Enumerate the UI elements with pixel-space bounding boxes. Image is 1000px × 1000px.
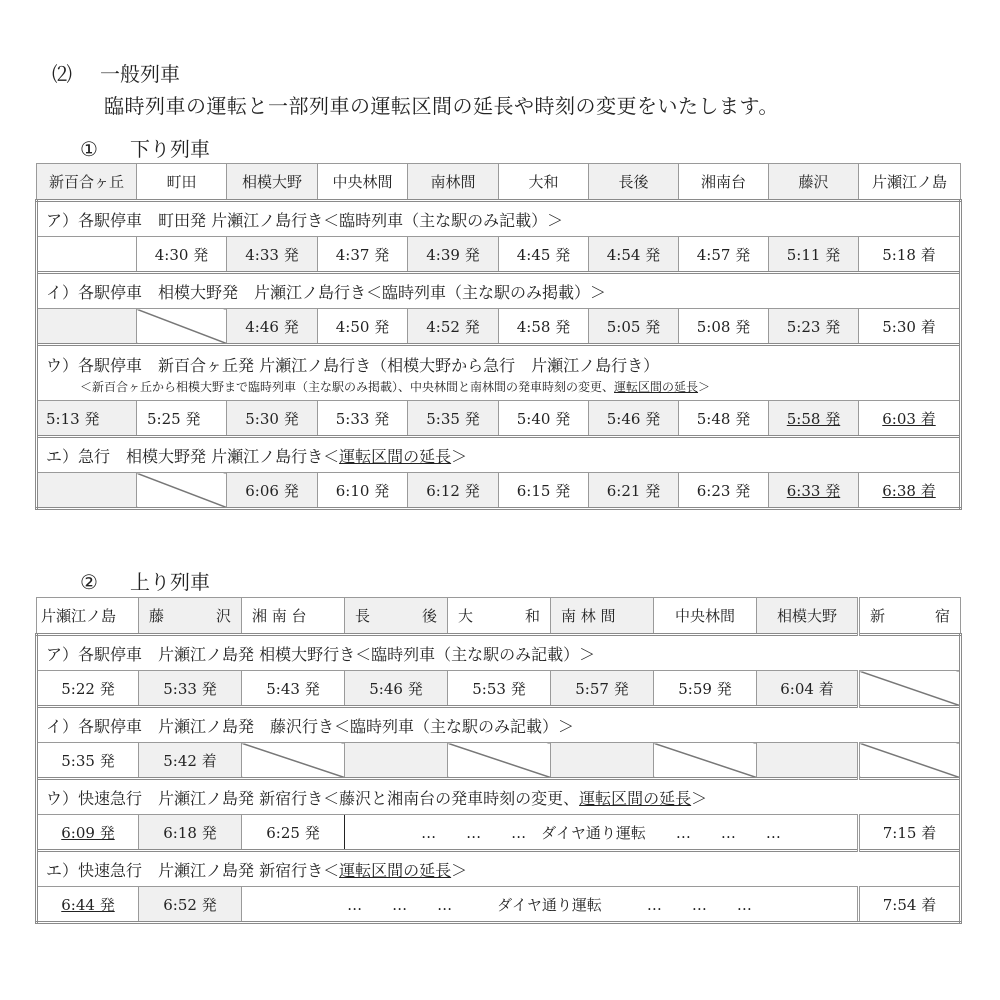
time-cell: 4:58 発 — [499, 309, 589, 345]
time-cell: 5:57 発 — [551, 671, 654, 707]
station-header: 藤沢 — [139, 598, 242, 635]
time-cell: 4:39 発 — [408, 237, 499, 273]
station-header: 南 林 間 — [551, 598, 654, 635]
station-header: 大和 — [499, 164, 589, 201]
train-note-row: ＜新百合ヶ丘から相模大野まで臨時列車（主な駅のみ掲載）、中央林間と南林間の発車時… — [37, 378, 961, 401]
time-cell: 4:50 発 — [318, 309, 408, 345]
station-header: 南林間 — [408, 164, 499, 201]
time-cell: 6:33 発 — [769, 473, 859, 509]
train-label-row: エ）快速急行 片瀬江ノ島発 新宿行き＜運転区間の延長＞ — [37, 851, 961, 887]
time-cell: 5:11 発 — [769, 237, 859, 273]
time-cell: 6:38 着 — [859, 473, 961, 509]
train-times-row: 6:44 発 6:52 発 … … … ダイヤ通り運転 … … … 7:54 着 — [37, 887, 961, 923]
time-cell: 5:35 発 — [37, 743, 139, 779]
station-header: 長後 — [589, 164, 679, 201]
train-times-row: 5:13 発 5:25 発 5:30 発 5:33 発 5:35 発 5:40 … — [37, 401, 961, 437]
down-station-header: 新百合ヶ丘 町田 相模大野 中央林間 南林間 大和 長後 湘南台 藤沢 片瀬江ノ… — [37, 164, 961, 201]
train-label-row: エ）急行 相模大野発 片瀬江ノ島行き＜運転区間の延長＞ — [37, 437, 961, 473]
no-service-cell — [345, 743, 448, 779]
time-cell: 5:46 発 — [345, 671, 448, 707]
train-label: ウ）快速急行 片瀬江ノ島発 新宿行き＜藤沢と湘南台の発車時刻の変更、運転区間の延… — [37, 779, 961, 815]
time-cell: 5:33 発 — [318, 401, 408, 437]
time-cell: 6:15 発 — [499, 473, 589, 509]
station-header: 長後 — [345, 598, 448, 635]
train-label-row: ウ）快速急行 片瀬江ノ島発 新宿行き＜藤沢と湘南台の発車時刻の変更、運転区間の延… — [37, 779, 961, 815]
no-service-cell — [448, 743, 551, 779]
time-cell: 5:22 発 — [37, 671, 139, 707]
time-cell: 5:48 発 — [679, 401, 769, 437]
train-times-row: 5:22 発 5:33 発 5:43 発 5:46 発 5:53 発 5:57 … — [37, 671, 961, 707]
no-service-cell — [137, 309, 227, 345]
no-service-cell — [757, 743, 859, 779]
time-cell: 5:18 着 — [859, 237, 961, 273]
time-cell: 5:58 発 — [769, 401, 859, 437]
time-cell: 6:18 発 — [139, 815, 242, 851]
time-cell: 5:59 発 — [654, 671, 757, 707]
time-cell: 5:23 発 — [769, 309, 859, 345]
down-timetable: 新百合ヶ丘 町田 相模大野 中央林間 南林間 大和 長後 湘南台 藤沢 片瀬江ノ… — [35, 163, 962, 510]
station-header: 中央林間 — [654, 598, 757, 635]
time-cell: 5:30 着 — [859, 309, 961, 345]
time-cell: 6:23 発 — [679, 473, 769, 509]
station-header: 湘南台 — [679, 164, 769, 201]
no-service-cell — [37, 309, 137, 345]
train-times-row: 6:06 発 6:10 発 6:12 発 6:15 発 6:21 発 6:23 … — [37, 473, 961, 509]
train-label-row: ウ）各駅停車 新百合ヶ丘発 片瀬江ノ島行き（相模大野から急行 片瀬江ノ島行き） — [37, 345, 961, 379]
station-header: 新百合ヶ丘 — [37, 164, 137, 201]
station-header: 湘 南 台 — [242, 598, 345, 635]
train-label-row: ア）各駅停車 町田発 片瀬江ノ島行き＜臨時列車（主な駅のみ記載）＞ — [37, 201, 961, 237]
time-cell: 6:04 着 — [757, 671, 859, 707]
train-note: ＜新百合ヶ丘から相模大野まで臨時列車（主な駅のみ掲載）、中央林間と南林間の発車時… — [37, 378, 961, 401]
time-cell: 5:53 発 — [448, 671, 551, 707]
train-times-row: 4:30 発 4:33 発 4:37 発 4:39 発 4:45 発 4:54 … — [37, 237, 961, 273]
time-cell: 5:30 発 — [227, 401, 318, 437]
train-label: ア）各駅停車 片瀬江ノ島発 相模大野行き＜臨時列車（主な駅のみ記載）＞ — [37, 635, 961, 671]
station-header: 大和 — [448, 598, 551, 635]
down-trains-heading: ①下り列車 — [80, 133, 210, 162]
up-title: 上り列車 — [130, 570, 210, 594]
time-cell: 6:52 発 — [139, 887, 242, 923]
no-service-cell — [37, 473, 137, 509]
time-cell — [37, 237, 137, 273]
as-scheduled-cell: … … … ダイヤ通り運転 … … … — [242, 887, 859, 923]
time-cell: 5:05 発 — [589, 309, 679, 345]
time-cell: 4:30 発 — [137, 237, 227, 273]
station-header: 相模大野 — [227, 164, 318, 201]
time-cell: 5:40 発 — [499, 401, 589, 437]
down-title: 下り列車 — [130, 137, 210, 161]
time-cell: 4:33 発 — [227, 237, 318, 273]
time-cell: 6:10 発 — [318, 473, 408, 509]
time-cell: 5:08 発 — [679, 309, 769, 345]
no-service-cell — [859, 671, 961, 707]
train-label: エ）快速急行 片瀬江ノ島発 新宿行き＜運転区間の延長＞ — [37, 851, 961, 887]
up-number: ② — [80, 570, 130, 594]
no-service-cell — [242, 743, 345, 779]
train-times-row: 5:35 発 5:42 着 — [37, 743, 961, 779]
station-header: 町田 — [137, 164, 227, 201]
train-times-row: 6:09 発 6:18 発 6:25 発 … … … ダイヤ通り運転 … … …… — [37, 815, 961, 851]
time-cell: 6:09 発 — [37, 815, 139, 851]
time-cell: 7:54 着 — [859, 887, 961, 923]
station-header: 片瀬江ノ島 — [859, 164, 961, 201]
time-cell: 5:46 発 — [589, 401, 679, 437]
no-service-cell — [551, 743, 654, 779]
train-label-row: イ）各駅停車 片瀬江ノ島発 藤沢行き＜臨時列車（主な駅のみ記載）＞ — [37, 707, 961, 743]
time-cell: 5:42 着 — [139, 743, 242, 779]
time-cell: 4:45 発 — [499, 237, 589, 273]
station-header: 相模大野 — [757, 598, 859, 635]
section-lead-text: 臨時列車の運転と一部列車の運転区間の延長や時刻の変更をいたします。 — [104, 90, 779, 119]
time-cell: 5:43 発 — [242, 671, 345, 707]
train-label: ウ）各駅停車 新百合ヶ丘発 片瀬江ノ島行き（相模大野から急行 片瀬江ノ島行き） — [37, 345, 961, 379]
time-cell: 5:33 発 — [139, 671, 242, 707]
time-cell: 6:06 発 — [227, 473, 318, 509]
train-label: ア）各駅停車 町田発 片瀬江ノ島行き＜臨時列車（主な駅のみ記載）＞ — [37, 201, 961, 237]
time-cell: 4:52 発 — [408, 309, 499, 345]
time-cell: 4:46 発 — [227, 309, 318, 345]
section-title: 一般列車 — [100, 62, 180, 86]
train-label: エ）急行 相模大野発 片瀬江ノ島行き＜運転区間の延長＞ — [37, 437, 961, 473]
time-cell: 4:57 発 — [679, 237, 769, 273]
time-cell: 6:21 発 — [589, 473, 679, 509]
no-service-cell — [859, 743, 961, 779]
no-service-cell — [137, 473, 227, 509]
time-cell: 6:25 発 — [242, 815, 345, 851]
train-label-row: イ）各駅停車 相模大野発 片瀬江ノ島行き＜臨時列車（主な駅のみ掲載）＞ — [37, 273, 961, 309]
train-label: イ）各駅停車 片瀬江ノ島発 藤沢行き＜臨時列車（主な駅のみ記載）＞ — [37, 707, 961, 743]
train-label-row: ア）各駅停車 片瀬江ノ島発 相模大野行き＜臨時列車（主な駅のみ記載）＞ — [37, 635, 961, 671]
as-scheduled-cell: … … … ダイヤ通り運転 … … … — [345, 815, 859, 851]
time-cell: 6:44 発 — [37, 887, 139, 923]
time-cell: 4:37 発 — [318, 237, 408, 273]
time-cell: 4:54 発 — [589, 237, 679, 273]
train-times-row: 4:46 発 4:50 発 4:52 発 4:58 発 5:05 発 5:08 … — [37, 309, 961, 345]
time-cell: 5:25 発 — [137, 401, 227, 437]
station-header: 片瀬江ノ島 — [37, 598, 139, 635]
time-cell: 6:12 発 — [408, 473, 499, 509]
up-timetable: 片瀬江ノ島 藤沢 湘 南 台 長後 大和 南 林 間 中央林間 相模大野 新宿 … — [35, 597, 962, 924]
time-cell: 5:35 発 — [408, 401, 499, 437]
up-trains-heading: ②上り列車 — [80, 566, 210, 595]
up-station-header: 片瀬江ノ島 藤沢 湘 南 台 長後 大和 南 林 間 中央林間 相模大野 新宿 — [37, 598, 961, 635]
station-header: 藤沢 — [769, 164, 859, 201]
train-label: イ）各駅停車 相模大野発 片瀬江ノ島行き＜臨時列車（主な駅のみ掲載）＞ — [37, 273, 961, 309]
time-cell: 5:13 発 — [37, 401, 137, 437]
no-service-cell — [654, 743, 757, 779]
station-header: 新宿 — [859, 598, 961, 635]
section-heading: ⑵一般列車 — [52, 58, 180, 87]
down-number: ① — [80, 137, 130, 161]
section-number: ⑵ — [52, 58, 100, 87]
station-header: 中央林間 — [318, 164, 408, 201]
time-cell: 7:15 着 — [859, 815, 961, 851]
time-cell: 6:03 着 — [859, 401, 961, 437]
